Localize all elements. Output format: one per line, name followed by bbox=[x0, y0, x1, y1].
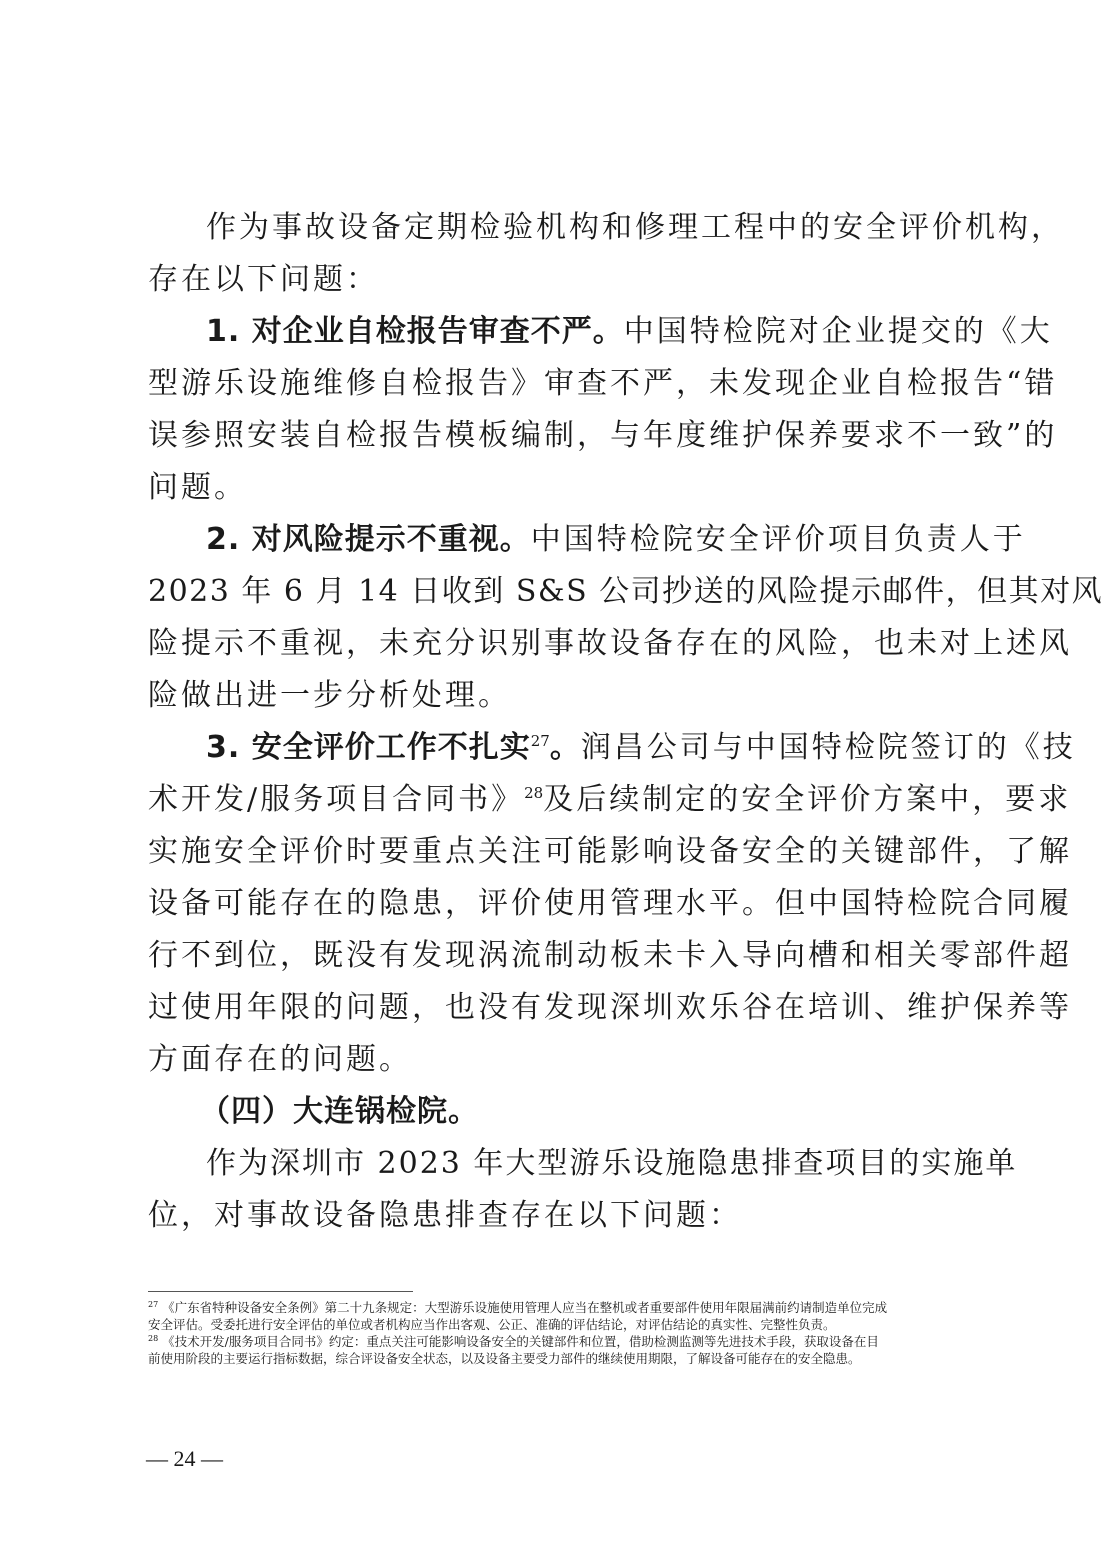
intro-line-2: 存在以下问题： bbox=[148, 260, 964, 300]
item-1-line-4: 问题。 bbox=[148, 468, 964, 508]
item-3-line-3: 实施安全评价时要重点关注可能影响设备安全的关键部件，了解 bbox=[148, 832, 964, 872]
item-3-line-7: 方面存在的问题。 bbox=[148, 1040, 964, 1080]
footnote-28-number: 28 bbox=[148, 1334, 158, 1343]
item-1-line-1: 1. 对企业自检报告审查不严。中国特检院对企业提交的《大 bbox=[206, 312, 964, 352]
footnote-ref-27[interactable]: 27 bbox=[531, 732, 550, 750]
item-3-line-4: 设备可能存在的隐患，评价使用管理水平。但中国特检院合同履 bbox=[148, 884, 964, 924]
item-1-line-3: 误参照安装自检报告模板编制，与年度维护保养要求不一致”的 bbox=[148, 416, 964, 456]
item-3-line-6: 过使用年限的问题，也没有发现深圳欢乐谷在培训、维护保养等 bbox=[148, 988, 964, 1028]
item-3-text: 润昌公司与中国特检院签订的《技 bbox=[581, 730, 1076, 765]
item-3-heading: 3. 安全评价工作不扎实 bbox=[206, 730, 531, 765]
footnote-28-line-2: 前使用阶段的主要运行指标数据，综合评设备安全状态，以及设备主要受力部件的继续使用… bbox=[148, 1351, 978, 1366]
footnote-27-line-1: 27 《广东省特种设备安全条例》第二十九条规定：大型游乐设施使用管理人应当在整机… bbox=[148, 1300, 978, 1315]
footnote-27-number: 27 bbox=[148, 1300, 158, 1309]
footnote-divider bbox=[148, 1291, 413, 1292]
item-1-text: 中国特检院对企业提交的《大 bbox=[624, 314, 1053, 349]
section-4-line-1: 作为深圳市 2023 年大型游乐设施隐患排查项目的实施单 bbox=[206, 1144, 964, 1184]
section-4-line-2: 位，对事故设备隐患排查存在以下问题： bbox=[148, 1196, 964, 1236]
item-3-line-1: 3. 安全评价工作不扎实27。润昌公司与中国特检院签订的《技 bbox=[206, 728, 964, 768]
item-2-line-3: 险提示不重视，未充分识别事故设备存在的风险，也未对上述风 bbox=[148, 624, 964, 664]
item-3-line-5: 行不到位，既没有发现涡流制动板未卡入导向槽和相关零部件超 bbox=[148, 936, 964, 976]
item-2-line-2: 2023 年 6 月 14 日收到 S&S 公司抄送的风险提示邮件，但其对风 bbox=[148, 572, 964, 612]
item-1-heading: 1. 对企业自检报告审查不严。 bbox=[206, 314, 624, 349]
footnote-27-line-2: 安全评估。受委托进行安全评估的单位或者机构应当作出客观、公正、准确的评估结论，对… bbox=[148, 1317, 978, 1332]
page-number: — 24 — bbox=[146, 1446, 223, 1472]
item-3-line-2: 术开发/服务项目合同书》28及后续制定的安全评价方案中，要求 bbox=[148, 780, 964, 820]
footnote-28-line-1: 28 《技术开发/服务项目合同书》约定：重点关注可能影响设备安全的关键部件和位置… bbox=[148, 1334, 978, 1349]
item-2-heading: 2. 对风险提示不重视。 bbox=[206, 522, 531, 557]
item-2-line-1: 2. 对风险提示不重视。中国特检院安全评价项目负责人于 bbox=[206, 520, 964, 560]
section-4-heading: （四）大连锅检院。 bbox=[200, 1092, 958, 1132]
footnote-ref-28[interactable]: 28 bbox=[524, 784, 543, 802]
item-2-text: 中国特检院安全评价项目负责人于 bbox=[531, 522, 1026, 557]
item-2-line-4: 险做出进一步分析处理。 bbox=[148, 676, 964, 716]
item-1-line-2: 型游乐设施维修自检报告》审查不严，未发现企业自检报告“错 bbox=[148, 364, 964, 404]
intro-line-1: 作为事故设备定期检验机构和修理工程中的安全评价机构， bbox=[206, 208, 964, 248]
